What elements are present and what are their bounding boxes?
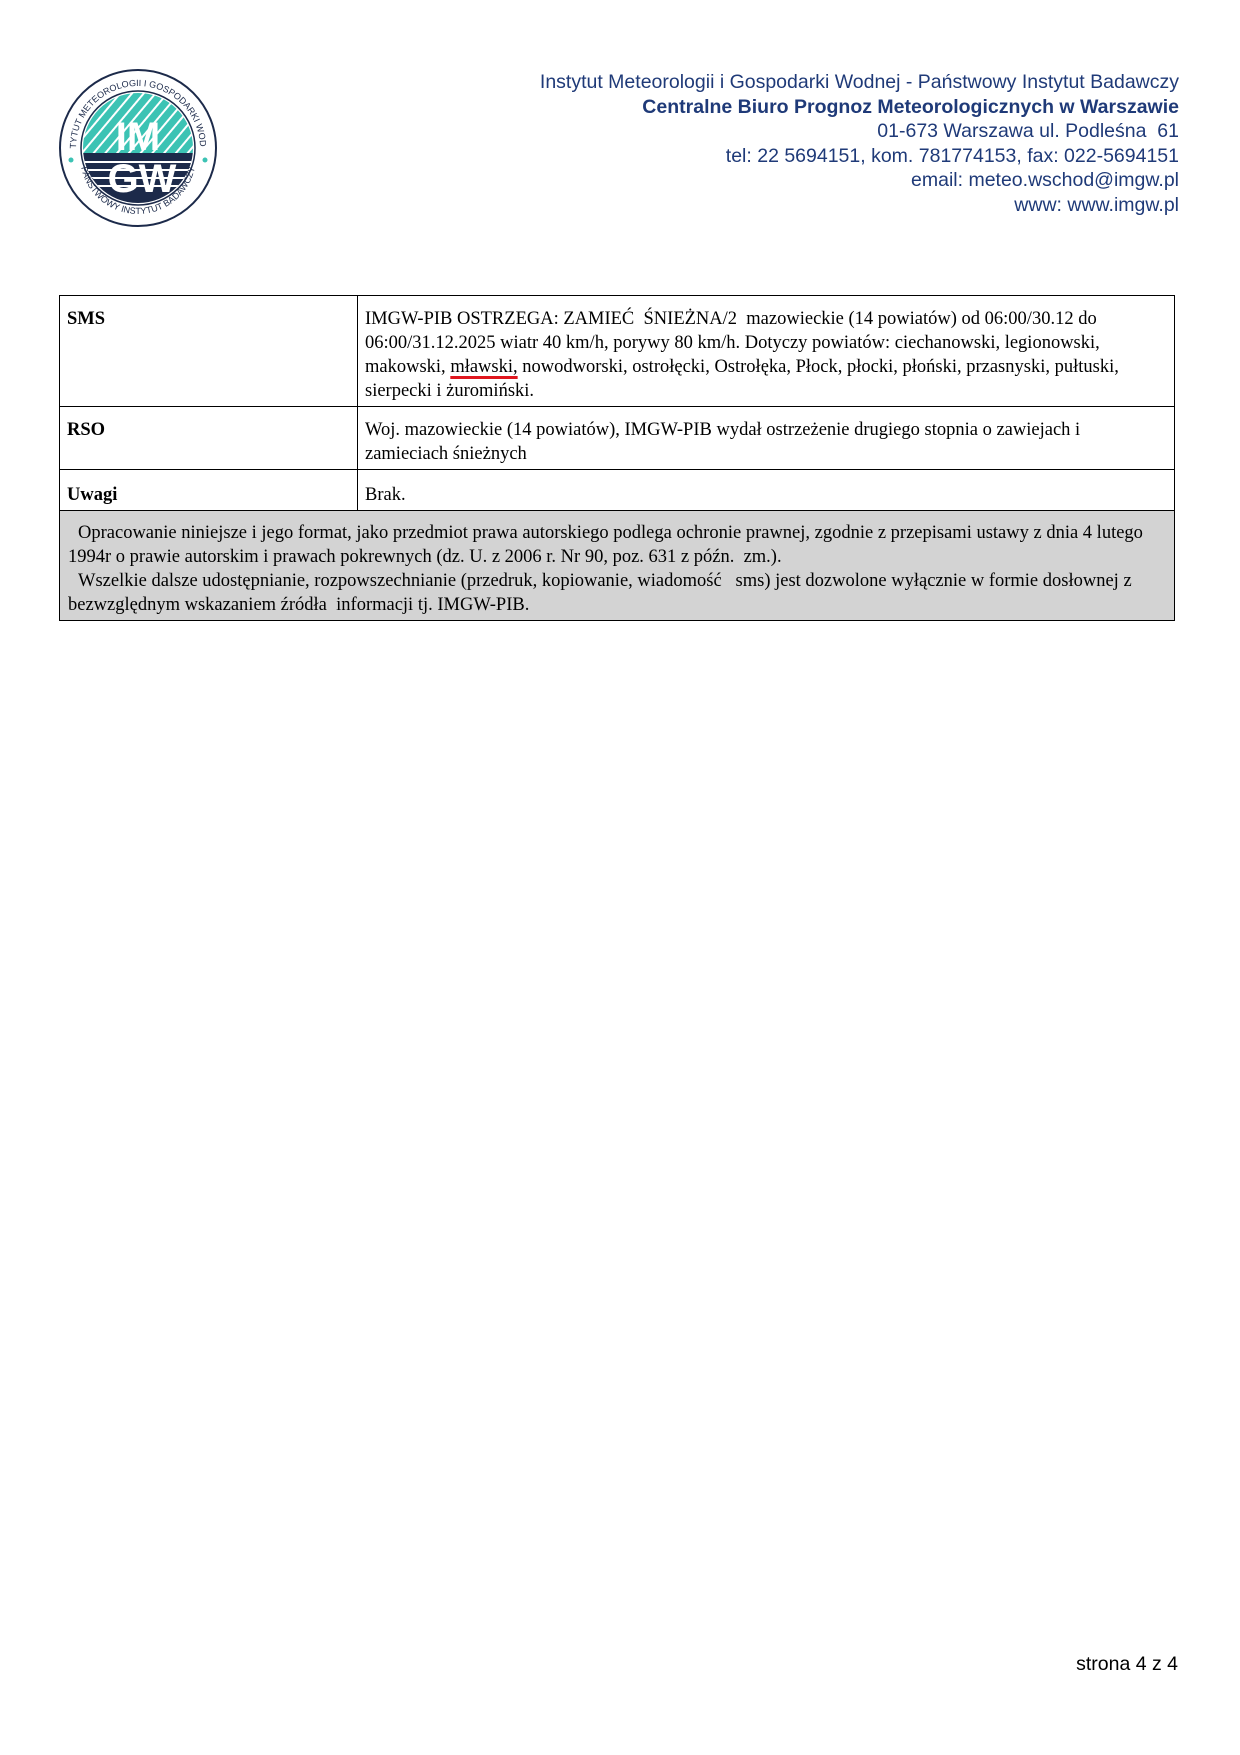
organization-header: Instytut Meteorologii i Gospodarki Wodne…: [459, 70, 1179, 217]
address: 01-673 Warszawa ul. Podleśna 61: [459, 119, 1179, 144]
page-number: strona 4 z 4: [1076, 1653, 1178, 1676]
copyright-paragraph-2: Wszelkie dalsze udostępnianie, rozpowsze…: [68, 569, 1166, 617]
copyright-note: Opracowanie niniejsze i jego format, jak…: [60, 511, 1175, 621]
table-row-rso: RSO Woj. mazowieckie (14 powiatów), IMGW…: [60, 407, 1175, 470]
row-label: SMS: [60, 296, 358, 407]
copyright-paragraph-1: Opracowanie niniejsze i jego format, jak…: [68, 521, 1166, 569]
table-row-sms: SMS IMGW-PIB OSTRZEGA: ZAMIEĆ ŚNIEŻNA/2 …: [60, 296, 1175, 407]
table-row-copyright: Opracowanie niniejsze i jego format, jak…: [60, 511, 1175, 621]
imgw-logo: IM GW INSTYTUT METEOROLOGII I GOSPODARKI…: [58, 68, 218, 228]
website-line: www: www.imgw.pl: [459, 193, 1179, 218]
spellcheck-marked-word: mławski,: [450, 357, 517, 377]
institute-name: Instytut Meteorologii i Gospodarki Wodne…: [459, 70, 1179, 95]
row-label: Uwagi: [60, 470, 358, 511]
remarks-value: Brak.: [358, 470, 1175, 511]
warning-table: SMS IMGW-PIB OSTRZEGA: ZAMIEĆ ŚNIEŻNA/2 …: [59, 295, 1175, 621]
logo-letters-top: IM: [116, 115, 160, 159]
bureau-name: Centralne Biuro Prognoz Meteorologicznyc…: [459, 95, 1179, 120]
table-row-remarks: Uwagi Brak.: [60, 470, 1175, 511]
sms-message: IMGW-PIB OSTRZEGA: ZAMIEĆ ŚNIEŻNA/2 mazo…: [358, 296, 1175, 407]
row-label: RSO: [60, 407, 358, 470]
logo-letters-bottom: GW: [108, 157, 177, 201]
email-line: email: meteo.wschod@imgw.pl: [459, 168, 1179, 193]
rso-message: Woj. mazowieckie (14 powiatów), IMGW-PIB…: [358, 407, 1175, 470]
phone-line: tel: 22 5694151, kom. 781774153, fax: 02…: [459, 144, 1179, 169]
